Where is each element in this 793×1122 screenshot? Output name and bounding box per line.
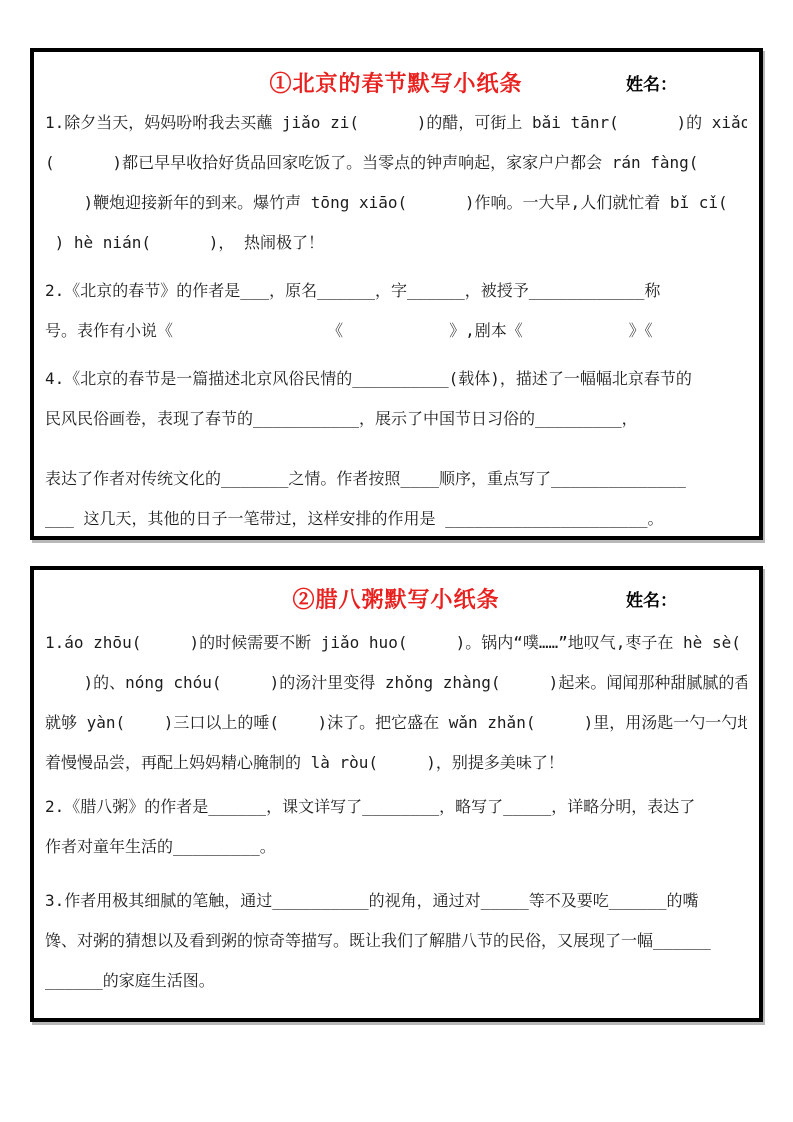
- card1-question-4-part2: 表达了作者对传统文化的_______之情。作者按照____顺序，重点写了____…: [45, 459, 747, 539]
- worksheet-line: ___ 这几天，其他的日子一笔带过，这样安排的作用是 _____________…: [45, 499, 747, 539]
- worksheet-line: )的、nóng chóu( )的汤汁里变得 zhǒng zhàng( )起来。闻…: [45, 663, 747, 703]
- worksheet-page: ①北京的春节默写小纸条 姓名： 1.除夕当天，妈妈吩咐我去买蘸 jiǎo zi(…: [0, 0, 793, 1122]
- card1-question-1: 1.除夕当天，妈妈吩咐我去买蘸 jiǎo zi( )的醋，可街上 bǎi tān…: [45, 103, 747, 263]
- worksheet-line: )鞭炮迎接新年的到来。爆竹声 tōng xiāo( )作响。一大早,人们就忙着 …: [45, 183, 747, 223]
- worksheet-line: 着慢慢品尝，再配上妈妈精心腌制的 là ròu( )，别提多美味了！: [45, 743, 747, 783]
- card1-question-4-part1: 4.《北京的春节是一篇描述北京风俗民情的__________(载体)，描述了一幅…: [45, 359, 747, 439]
- worksheet-line: 1.除夕当天，妈妈吩咐我去买蘸 jiǎo zi( )的醋，可街上 bǎi tān…: [45, 103, 747, 143]
- card2-question-1: 1.áo zhōu( )的时候需要不断 jiǎo huo( )。锅内“噗……”地…: [45, 623, 747, 783]
- card2-question-3: 3.作者用极其细腻的笔触，通过__________的视角，通过对_____等不及…: [45, 881, 747, 1001]
- worksheet-line: 民风民俗画卷，表现了春节的___________，展示了中国节日习俗的_____…: [45, 399, 747, 439]
- worksheet-line: 表达了作者对传统文化的_______之情。作者按照____顺序，重点写了____…: [45, 459, 747, 499]
- worksheet-line: 1.áo zhōu( )的时候需要不断 jiǎo huo( )。锅内“噗……”地…: [45, 623, 747, 663]
- worksheet-line: ______的家庭生活图。: [45, 961, 747, 1001]
- card2-title-row: ②腊八粥默写小纸条 姓名：: [45, 585, 747, 615]
- worksheet-line: 就够 yàn( )三口以上的唾( )沫了。把它盛在 wǎn zhǎn( )里，用…: [45, 703, 747, 743]
- worksheet-line: 3.作者用极其细腻的笔触，通过__________的视角，通过对_____等不及…: [45, 881, 747, 921]
- worksheet-line: 号。表作有小说《 《 》,剧本《 》《 》等。: [45, 311, 747, 351]
- card1-title-row: ①北京的春节默写小纸条 姓名：: [45, 69, 747, 99]
- worksheet-card-laba-porridge: ②腊八粥默写小纸条 姓名： 1.áo zhōu( )的时候需要不断 jiǎo h…: [30, 566, 763, 1022]
- worksheet-card-beijing-spring-festival: ①北京的春节默写小纸条 姓名： 1.除夕当天，妈妈吩咐我去买蘸 jiǎo zi(…: [30, 48, 763, 540]
- worksheet-line: 2.《北京的春节》的作者是___，原名______，字______，被授予___…: [45, 271, 747, 311]
- worksheet-line: ) hè nián( )， 热闹极了！: [45, 223, 747, 263]
- worksheet-line: 作者对童年生活的_________。: [45, 827, 747, 867]
- worksheet-line: 4.《北京的春节是一篇描述北京风俗民情的__________(载体)，描述了一幅…: [45, 359, 747, 399]
- worksheet-line: 馋、对粥的猜想以及看到粥的惊奇等描写。既让我们了解腊八节的民俗，又展现了一幅__…: [45, 921, 747, 961]
- card1-name-label: 姓名：: [626, 74, 677, 96]
- card2-question-2: 2.《腊八粥》的作者是______，课文详写了________，略写了_____…: [45, 787, 747, 867]
- card2-name-label: 姓名：: [626, 590, 677, 612]
- worksheet-line: ( )都已早早收拾好货品回家吃饭了。当零点的钟声响起，家家户户都会 rán fà…: [45, 143, 747, 183]
- card1-question-2: 2.《北京的春节》的作者是___，原名______，字______，被授予___…: [45, 271, 747, 351]
- worksheet-line: 2.《腊八粥》的作者是______，课文详写了________，略写了_____…: [45, 787, 747, 827]
